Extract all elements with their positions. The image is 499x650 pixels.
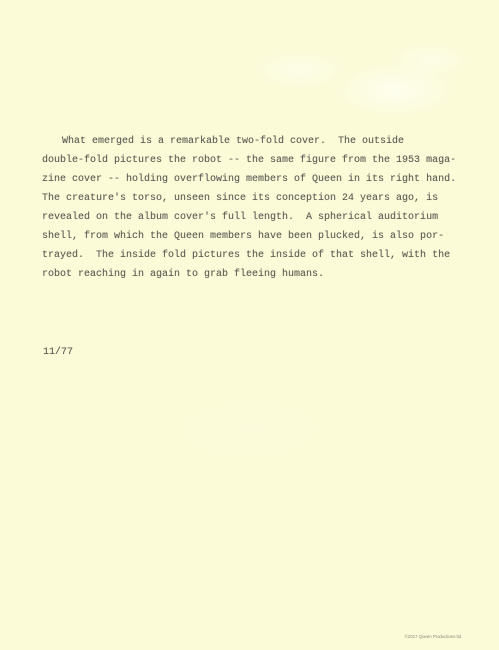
paragraph-line: shell, from which the Queen members have… bbox=[42, 227, 482, 246]
paragraph-line: robot reaching in again to grab fleeing … bbox=[42, 265, 482, 284]
paragraph-line: double-fold pictures the robot -- the sa… bbox=[42, 151, 482, 170]
copyright-watermark: ©2017 Queen Productions ltd bbox=[405, 634, 461, 639]
body-paragraph: What emerged is a remarkable two-fold co… bbox=[42, 132, 482, 284]
paper-texture bbox=[0, 0, 499, 650]
typewritten-page: What emerged is a remarkable two-fold co… bbox=[0, 0, 499, 650]
paragraph-line: What emerged is a remarkable two-fold co… bbox=[42, 132, 482, 151]
paragraph-line: revealed on the album cover's full lengt… bbox=[42, 208, 482, 227]
paragraph-line: trayed. The inside fold pictures the ins… bbox=[42, 246, 482, 265]
paragraph-line: zine cover -- holding overflowing member… bbox=[42, 170, 482, 189]
date-stamp: 11/77 bbox=[43, 347, 73, 359]
paragraph-line: The creature's torso, unseen since its c… bbox=[42, 189, 482, 208]
